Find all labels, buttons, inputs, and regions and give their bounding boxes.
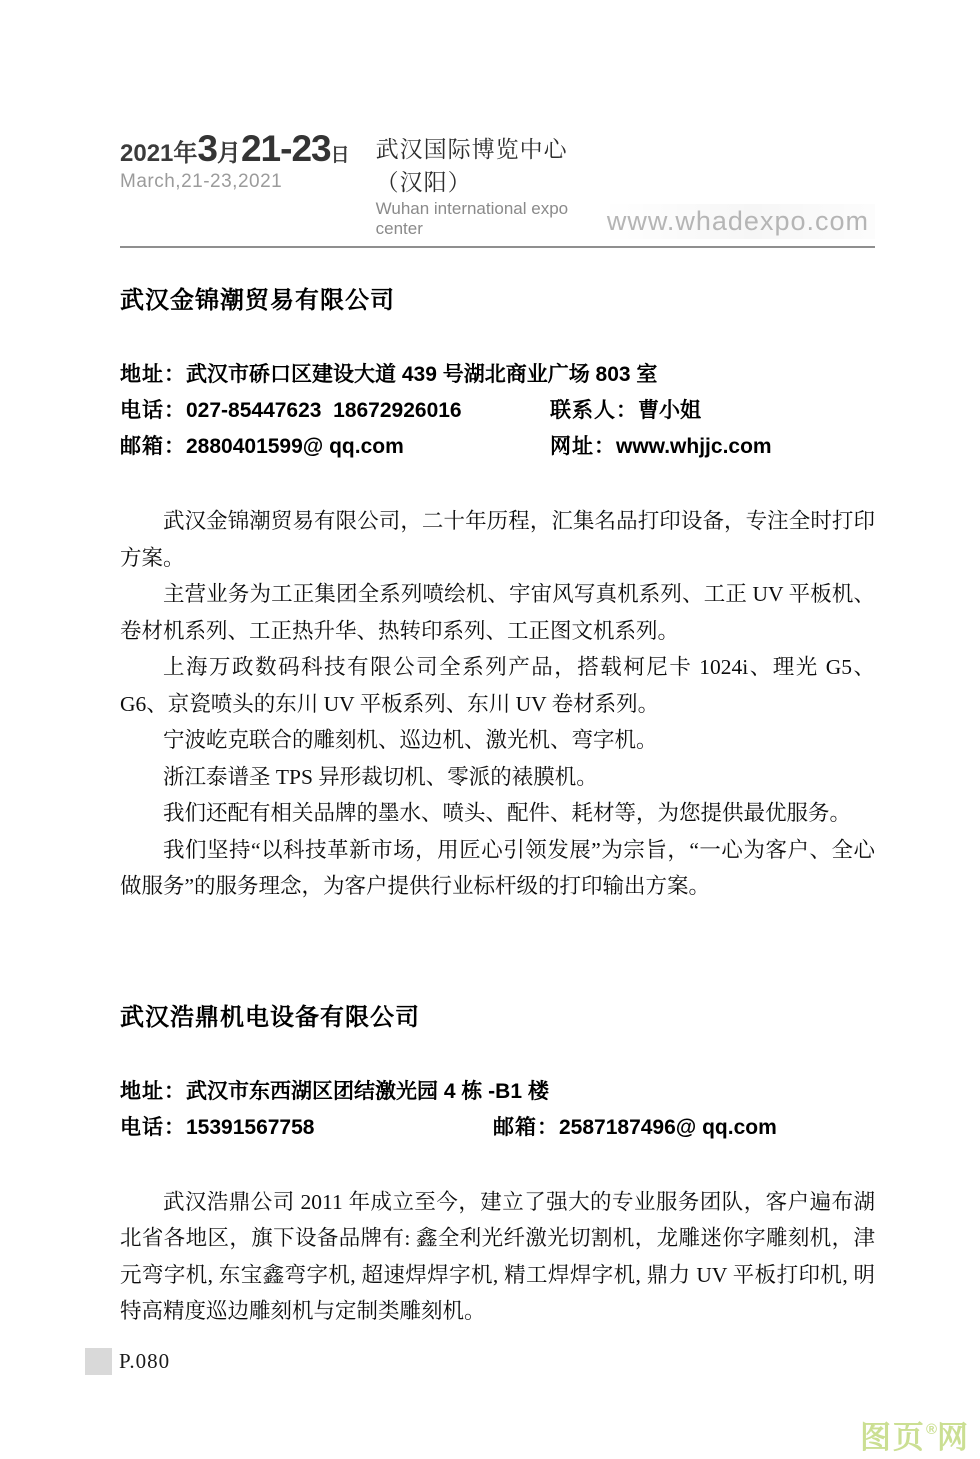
address-label: 地址： [120, 1080, 186, 1103]
company-description: 武汉金锦潮贸易有限公司，二十年历程，汇集名品打印设备，专注全时打印方案。 主营业… [120, 503, 875, 905]
watermark-text-left: 图页 [860, 1420, 926, 1455]
phone-email-row: 电话：15391567758 邮箱：2587187496@ qq.com [120, 1110, 875, 1146]
phone-value: 027-85447623 18672926016 [186, 399, 462, 422]
company-section-haoding: 武汉浩鼎机电设备有限公司 地址：武汉市东西湖区团结激光园 4 栋 -B1 楼 电… [120, 997, 875, 1330]
page-number: P.080 [119, 1349, 170, 1374]
contact-person-pair: 联系人：曹小姐 [550, 393, 701, 429]
venue-name-en: Wuhan international expo center [376, 199, 601, 239]
header-divider [120, 246, 875, 248]
email-label: 邮箱： [120, 435, 186, 458]
date-year: 2021年 [120, 133, 197, 168]
tuyewang-watermark: 图页®网 [860, 1422, 970, 1453]
phone-contact-row: 电话：027-85447623 18672926016 联系人：曹小姐 [120, 393, 875, 429]
page-header: 2021年3月21-23日 March,21-23,2021 武汉国际博览中心（… [120, 128, 875, 248]
company-name: 武汉浩鼎机电设备有限公司 [120, 997, 875, 1032]
footer-square-marker [85, 1348, 112, 1375]
email-pair: 邮箱：2587187496@ qq.com [493, 1110, 777, 1146]
company-section-jinjinchao: 武汉金锦潮贸易有限公司 地址：武汉市硚口区建设大道 439 号湖北商业广场 80… [120, 280, 875, 905]
date-month-char: 月 [217, 133, 241, 168]
address-value: 武汉市硚口区建设大道 439 号湖北商业广场 803 室 [186, 363, 657, 386]
website-label: 网址： [550, 435, 616, 458]
address-label: 地址： [120, 363, 186, 386]
date-month-number: 3 [197, 128, 217, 170]
phone-pair: 电话：027-85447623 18672926016 [120, 399, 462, 422]
email-website-row: 邮箱：2880401599@ qq.com 网址：www.whjjc.com [120, 429, 875, 465]
email-value: 2880401599@ qq.com [186, 435, 404, 458]
description-paragraph: 主营业务为工正集团全系列喷绘机、宇宙风写真机系列、工正 UV 平板机、卷材机系列… [120, 576, 875, 649]
event-date: 2021年3月21-23日 March,21-23,2021 [120, 128, 350, 193]
company-name: 武汉金锦潮贸易有限公司 [120, 280, 875, 315]
contact-person-value: 曹小姐 [638, 399, 701, 422]
description-paragraph: 宁波屹克联合的雕刻机、巡边机、激光机、弯字机。 [120, 722, 875, 759]
phone-value: 15391567758 [186, 1116, 314, 1139]
address-pair: 地址：武汉市硚口区建设大道 439 号湖北商业广场 803 室 [120, 363, 657, 386]
email-pair: 邮箱：2880401599@ qq.com [120, 435, 404, 458]
registered-trademark-icon: ® [926, 1421, 937, 1438]
address-row: 地址：武汉市东西湖区团结激光园 4 栋 -B1 楼 [120, 1074, 875, 1110]
watermark-text-right: 网 [937, 1420, 970, 1455]
company-contact-info: 地址：武汉市硚口区建设大道 439 号湖北商业广场 803 室 电话：027-8… [120, 357, 875, 465]
company-description: 武汉浩鼎公司 2011 年成立至今，建立了强大的专业服务团队，客户遍布湖北省各地… [120, 1184, 875, 1330]
email-label: 邮箱： [493, 1116, 559, 1139]
phone-label: 电话： [120, 399, 186, 422]
description-paragraph: 上海万政数码科技有限公司全系列产品，搭载柯尼卡 1024i、理光 G5、G6、京… [120, 649, 875, 722]
phone-pair: 电话：15391567758 [120, 1116, 314, 1139]
event-date-cn: 2021年3月21-23日 [120, 128, 350, 170]
description-paragraph: 武汉金锦潮贸易有限公司，二十年历程，汇集名品打印设备，专注全时打印方案。 [120, 503, 875, 576]
address-value: 武汉市东西湖区团结激光园 4 栋 -B1 楼 [186, 1080, 549, 1103]
address-row: 地址：武汉市硚口区建设大道 439 号湖北商业广场 803 室 [120, 357, 875, 393]
website-pair: 网址：www.whjjc.com [550, 429, 772, 465]
date-day-range: 21-23 [241, 128, 331, 170]
description-paragraph: 我们坚持“以科技革新市场，用匠心引领发展”为宗旨，“一心为客户、全心做服务”的服… [120, 832, 875, 905]
date-day-char: 日 [331, 140, 350, 167]
description-paragraph: 武汉浩鼎公司 2011 年成立至今，建立了强大的专业服务团队，客户遍布湖北省各地… [120, 1184, 875, 1330]
email-value: 2587187496@ qq.com [559, 1116, 777, 1139]
contact-person-label: 联系人： [550, 399, 638, 422]
address-pair: 地址：武汉市东西湖区团结激光园 4 栋 -B1 楼 [120, 1080, 549, 1103]
expo-website-url: www.whadexpo.com [601, 204, 875, 239]
phone-label: 电话： [120, 1116, 186, 1139]
event-venue: 武汉国际博览中心（汉阳） Wuhan international expo ce… [376, 128, 601, 239]
description-paragraph: 我们还配有相关品牌的墨水、喷头、配件、耗材等，为您提供最优服务。 [120, 795, 875, 832]
description-paragraph: 浙江泰谱圣 TPS 异形裁切机、零派的裱膜机。 [120, 759, 875, 796]
page-footer: P.080 [85, 1348, 170, 1375]
catalog-page: 2021年3月21-23日 March,21-23,2021 武汉国际博览中心（… [0, 0, 980, 1459]
venue-name-cn: 武汉国际博览中心（汉阳） [376, 131, 601, 197]
company-contact-info: 地址：武汉市东西湖区团结激光园 4 栋 -B1 楼 电话：15391567758… [120, 1074, 875, 1146]
event-date-en: March,21-23,2021 [120, 171, 350, 193]
website-value: www.whjjc.com [616, 435, 772, 458]
